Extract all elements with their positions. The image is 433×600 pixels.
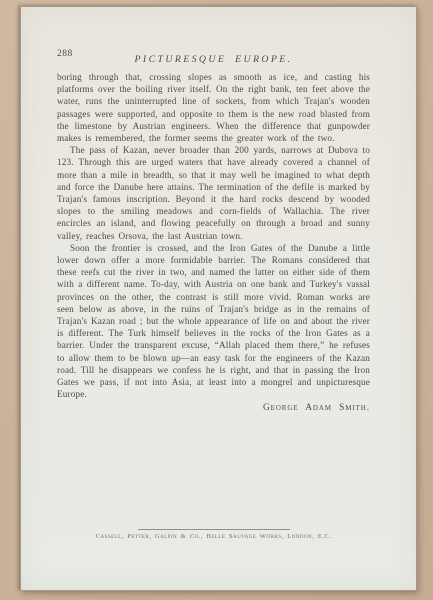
book-page: 288 PICTURESQUE EUROPE. boring through t… — [20, 6, 417, 591]
running-head: 288 PICTURESQUE EUROPE. — [57, 49, 370, 62]
page-number: 288 — [57, 49, 73, 59]
body-text: boring through that, crossing slopes as … — [57, 71, 370, 415]
paragraph-iron-gates: Soon the frontier is crossed, and the Ir… — [57, 242, 370, 401]
publisher-imprint: Cassell, Petter, Galpin & Co., Belle Sau… — [57, 533, 370, 540]
imprint-footer: Cassell, Petter, Galpin & Co., Belle Sau… — [57, 529, 370, 540]
scanned-photo-background: 288 PICTURESQUE EUROPE. boring through t… — [0, 0, 433, 600]
paragraph-continuation: boring through that, crossing slopes as … — [57, 71, 370, 144]
paragraph-kazan-pass: The pass of Kazan, never broader than 20… — [57, 144, 370, 242]
footer-rule — [138, 529, 290, 530]
running-title: PICTURESQUE EUROPE. — [135, 54, 293, 65]
author-signature: George Adam Smith. — [57, 402, 370, 414]
